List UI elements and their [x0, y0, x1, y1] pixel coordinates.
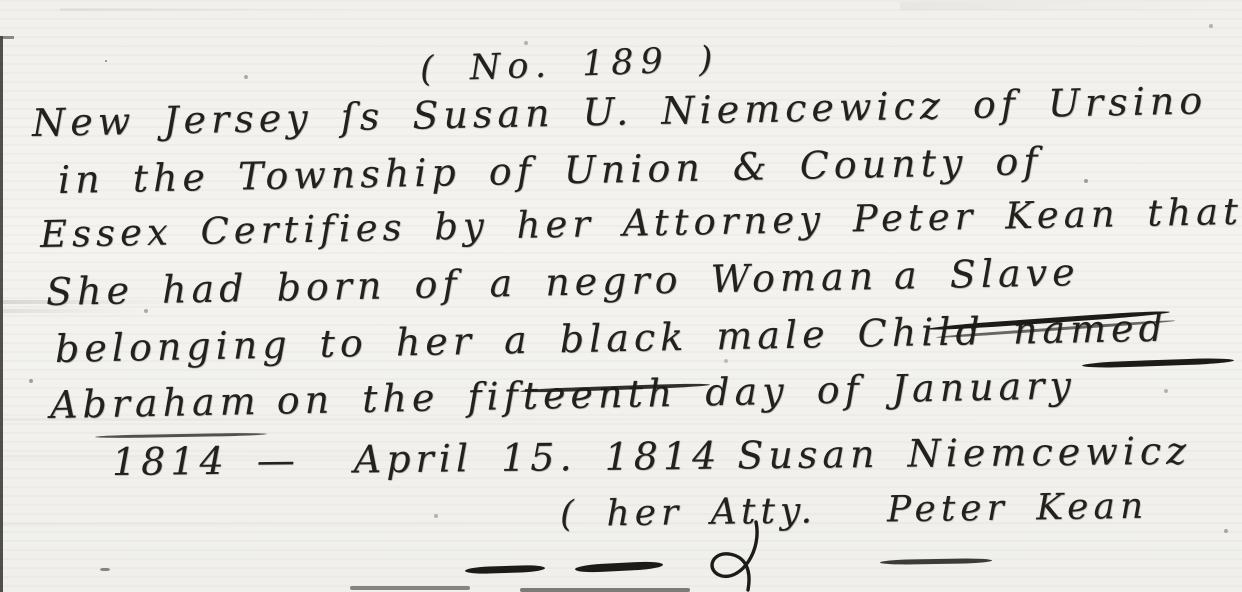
line-3: Essex Certifies by her Attorney Peter Ke… [40, 190, 1242, 256]
line-4-underlined-phrase: a Slave [894, 250, 1080, 298]
scan-left-edge [0, 36, 3, 592]
ink-dash [575, 561, 663, 574]
year-written: 1814 — [112, 438, 300, 484]
line-2: in the Township of Union & County of [58, 139, 1043, 202]
flourish-descender-loop [698, 520, 770, 592]
scan-streak [900, 2, 1242, 10]
line-4: She had born of a negro Womana Slave [46, 250, 1080, 314]
line-6-text: on the fifteenth day of January [276, 363, 1076, 422]
document-scan: ( No. 189 ) New Jersey ſs Susan U. Niemc… [0, 0, 1242, 592]
ink-specks [105, 60, 107, 62]
line-5: belonging to her a black male Child name… [55, 306, 1169, 371]
word-gap [817, 521, 887, 522]
stroke-over-named [1082, 357, 1234, 368]
record-number: ( No. 189 ) [419, 40, 720, 90]
ink-dash [100, 568, 110, 571]
line-7: 1814 —April 15. 1814Susan Niemcewicz [112, 429, 1192, 484]
scan-streak [60, 8, 360, 11]
word-gap [300, 472, 354, 473]
line-8: ( her Atty.Peter Kean [560, 486, 1149, 535]
next-record-cutoff-stroke [350, 586, 470, 590]
signature-peter-kean: Peter Kean [887, 486, 1149, 531]
next-record-cutoff-stroke [520, 588, 690, 592]
ink-dash [880, 558, 992, 565]
record-date: April 15. 1814 [354, 434, 722, 482]
line-4-text: She had born of a negro Woman [46, 254, 879, 314]
signature-susan-niemcewicz: Susan Niemcewicz [737, 429, 1191, 478]
attorney-label: ( her Atty. [560, 490, 817, 535]
ink-dash [465, 565, 545, 575]
line-6-underlined-word: Abraham [50, 379, 262, 427]
line-1: New Jersey ſs Susan U. Niemcewicz of Urs… [32, 78, 1208, 145]
underline-abraham [95, 432, 267, 438]
scan-edge-corner [0, 36, 14, 39]
